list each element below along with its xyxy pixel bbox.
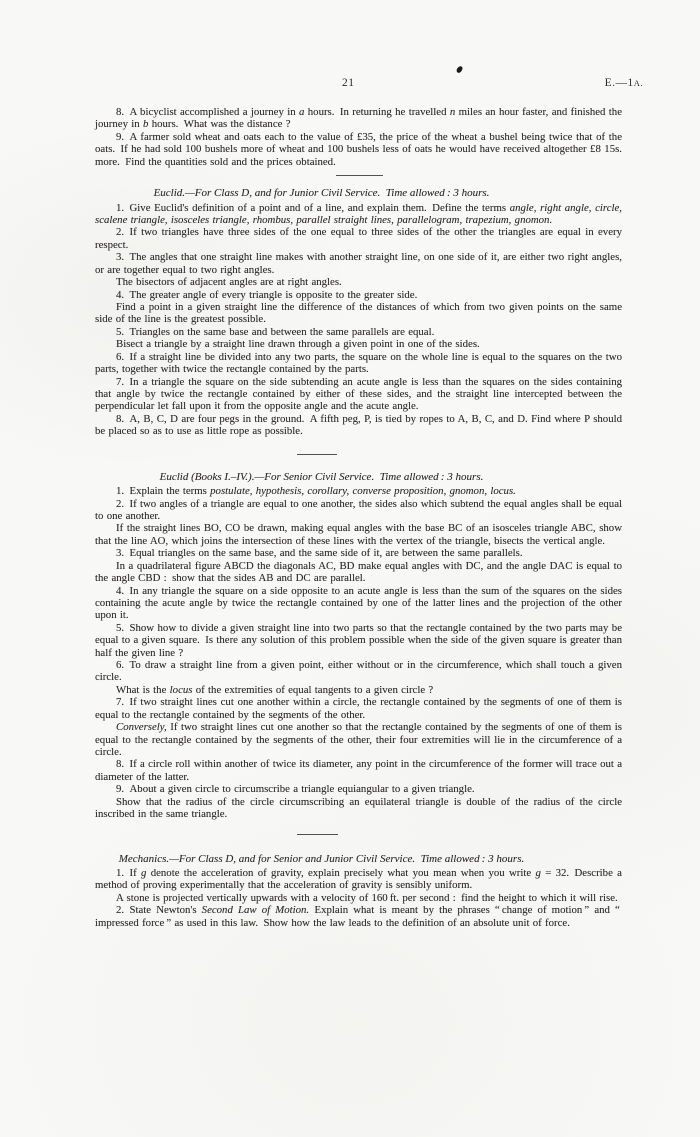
question-paragraph: Find a point in a given straight line th… (95, 301, 622, 326)
section-heading-euclid-class-d: Euclid.—For Class D, and for Junior Civi… (95, 187, 548, 201)
question-paragraph: 8. A, B, C, D are four pegs in the groun… (95, 413, 622, 438)
text-run: 9. About a given circle to circumscribe … (116, 783, 475, 795)
question-paragraph: 3. The angles that one straight line mak… (95, 251, 622, 276)
italic-run: postulate, hypothesis, corollary, conver… (210, 485, 516, 497)
italic-run: Euclid.—For Class D, and for Junior Civi… (154, 187, 490, 199)
section-divider (297, 454, 337, 455)
question-paragraph: 8. If a circle roll within another of tw… (95, 758, 622, 783)
text-run: 3. Equal triangles on the same base, and… (116, 547, 523, 559)
text-run: 1. If (116, 867, 141, 879)
text-run: denote the acceleration of gravity, expl… (146, 867, 535, 879)
text-run: What is the (116, 684, 170, 696)
question-paragraph: 7. In a triangle the square on the side … (95, 376, 622, 413)
question-paragraph: The bisectors of adjacent angles are at … (95, 276, 622, 288)
text-run: If two straight lines cut one another so… (95, 721, 622, 758)
section-divider (297, 834, 338, 835)
text-run: 2. If two triangles have three sides of … (95, 226, 622, 250)
text-run: 4. In any triangle the square on a side … (95, 585, 622, 622)
text-run: of the extremities of equal tangents to … (192, 684, 433, 696)
text-run: A. (634, 78, 643, 88)
question-paragraph: 5. Triangles on the same base and betwee… (95, 326, 622, 338)
italic-run: Second Law of Motion. (202, 904, 309, 916)
text-run: If the straight lines BO, CO be drawn, m… (95, 522, 622, 546)
text-run: 2. State Newton's (116, 904, 202, 916)
question-paragraph: Show that the radius of the circle circu… (95, 796, 622, 821)
text-run: hours. In returning he travelled (304, 106, 449, 118)
text-run: 9. A farmer sold wheat and oats each to … (95, 131, 622, 168)
text-run: 6. To draw a straight line from a given … (95, 659, 622, 683)
question-paragraph: Bisect a triangle by a straight line dra… (95, 338, 622, 350)
text-run: 5. Triangles on the same base and betwee… (116, 326, 434, 338)
page-number: 21 (342, 77, 355, 89)
question-paragraph: 9. About a given circle to circumscribe … (95, 783, 622, 795)
text-run: 7. In a triangle the square on the side … (95, 376, 622, 413)
text-run: A stone is projected vertically upwards … (116, 892, 618, 904)
text-run: 8. If a circle roll within another of tw… (95, 758, 622, 782)
text-run: 3. The angles that one straight line mak… (95, 251, 622, 275)
question-paragraph: 1. Give Euclid's definition of a point a… (95, 202, 622, 227)
text-run: E.—1 (605, 77, 634, 89)
text-run: 2. If two angles of a triangle are equal… (95, 498, 622, 522)
question-paragraph: 6. If a straight line be divided into an… (95, 351, 622, 376)
question-paragraph: 8. A bicyclist accomplished a journey in… (95, 106, 622, 131)
question-paragraph: 4. In any triangle the square on a side … (95, 585, 622, 622)
doc-reference: E.—1A. (605, 77, 643, 89)
text-run: Bisect a triangle by a straight line dra… (116, 338, 480, 350)
text-run: 1. Explain the terms (116, 485, 210, 497)
section-divider (336, 175, 383, 176)
question-paragraph: 9. A farmer sold wheat and oats each to … (95, 131, 622, 168)
text-run: 5. Show how to divide a given straight l… (95, 622, 622, 659)
page-content: 21 E.—1A. 8. A bicyclist accomplished a … (95, 77, 622, 929)
text-run: 8. A, B, C, D are four pegs in the groun… (95, 413, 622, 437)
text-run: Show that the radius of the circle circu… (95, 796, 622, 820)
ink-blot (456, 65, 464, 73)
question-paragraph: 2. If two triangles have three sides of … (95, 226, 622, 251)
text-run: The bisectors of adjacent angles are at … (116, 276, 342, 288)
question-paragraph: 1. Explain the terms postulate, hypothes… (95, 485, 622, 497)
question-paragraph: 1. If g denote the acceleration of gravi… (95, 867, 622, 892)
question-paragraph: 5. Show how to divide a given straight l… (95, 622, 622, 659)
text-run: hours. What was the distance ? (148, 118, 290, 130)
section-heading-euclid-books-1-4: Euclid (Books I.–IV.).—For Senior Civil … (95, 471, 548, 485)
text-run: In a quadrilateral figure ABCD the diago… (95, 560, 622, 584)
question-paragraph: In a quadrilateral figure ABCD the diago… (95, 560, 622, 585)
italic-run: Mechanics.—For Class D, and for Senior a… (119, 853, 525, 865)
question-paragraph: 2. State Newton's Second Law of Motion. … (95, 904, 622, 929)
question-paragraph: A stone is projected vertically upwards … (95, 892, 622, 904)
question-paragraph: 4. The greater angle of every triangle i… (95, 289, 622, 301)
question-paragraph: Conversely, If two straight lines cut on… (95, 721, 622, 758)
text-run: 1. Give Euclid's definition of a point a… (116, 202, 510, 214)
page-header: 21 E.—1A. (95, 77, 622, 91)
question-paragraph: What is the locus of the extremities of … (95, 684, 622, 696)
sections: 8. A bicyclist accomplished a journey in… (95, 106, 622, 929)
scanned-page: 21 E.—1A. 8. A bicyclist accomplished a … (0, 0, 700, 1137)
section-heading-mechanics: Mechanics.—For Class D, and for Senior a… (95, 853, 548, 867)
text-run: Find a point in a given straight line th… (95, 301, 622, 325)
text-run: 4. The greater angle of every triangle i… (116, 289, 417, 301)
italic-run: locus (170, 684, 193, 696)
text-run: 7. If two straight lines cut one another… (95, 696, 622, 720)
question-paragraph: If the straight lines BO, CO be drawn, m… (95, 522, 622, 547)
question-paragraph: 6. To draw a straight line from a given … (95, 659, 622, 684)
question-paragraph: 7. If two straight lines cut one another… (95, 696, 622, 721)
italic-run: Conversely, (116, 721, 167, 733)
italic-run: Euclid (Books I.–IV.).—For Senior Civil … (160, 471, 484, 483)
question-paragraph: 2. If two angles of a triangle are equal… (95, 498, 622, 523)
text-run: 6. If a straight line be divided into an… (95, 351, 622, 375)
question-paragraph: 3. Equal triangles on the same base, and… (95, 547, 622, 559)
text-run: 8. A bicyclist accomplished a journey in (116, 106, 299, 118)
